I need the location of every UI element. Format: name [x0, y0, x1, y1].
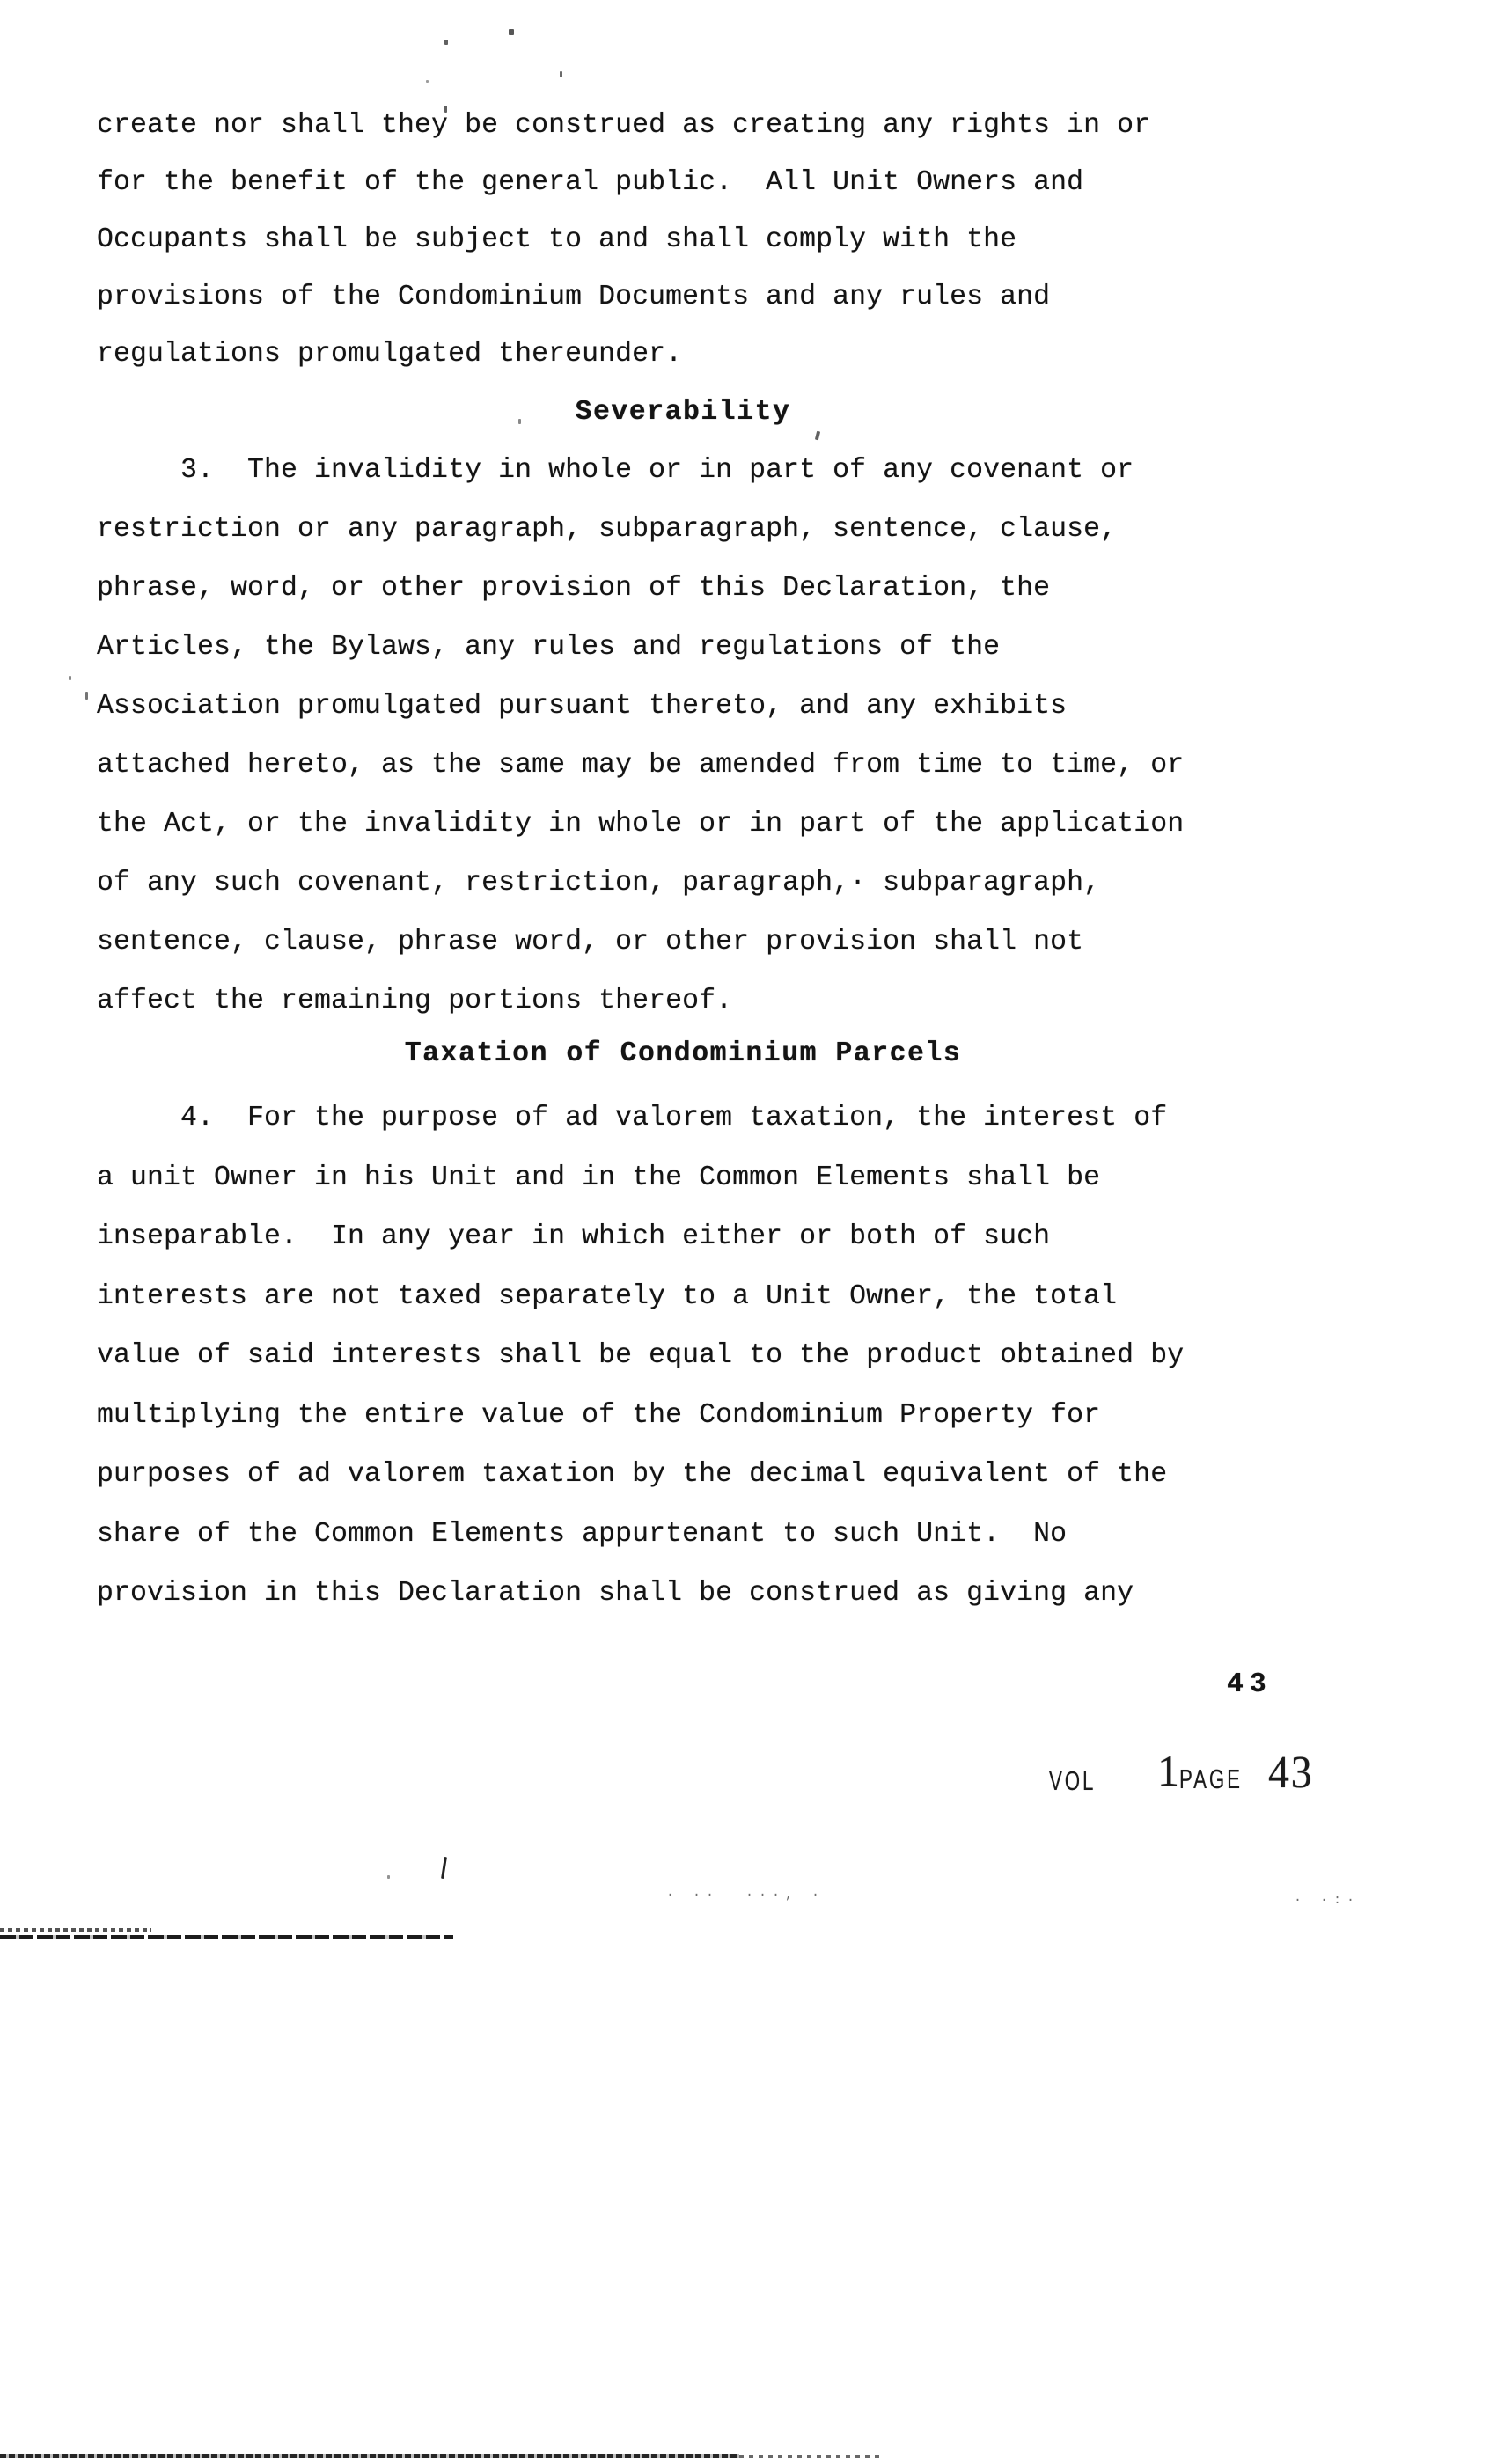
text-line: Occupants shall be subject to and shall …: [97, 211, 1311, 268]
text-line: 3. The invalidity in whole or in part of…: [97, 441, 1311, 500]
text-line: phrase, word, or other provision of this…: [97, 559, 1311, 618]
text-line: for the benefit of the general public. A…: [97, 154, 1311, 211]
scan-speck: [426, 80, 429, 83]
text-line: sentence, clause, phrase word, or other …: [97, 913, 1311, 972]
scan-speck: [560, 71, 562, 77]
text-line: a unit Owner in his Unit and in the Comm…: [97, 1148, 1311, 1208]
text-line: multiplying the entire value of the Cond…: [97, 1386, 1311, 1446]
text-line: value of said interests shall be equal t…: [97, 1326, 1311, 1386]
severability-paragraph: 3. The invalidity in whole or in part of…: [97, 441, 1311, 1030]
recorder-stamp: VOL 1 PAGE 43: [1043, 1747, 1360, 1813]
text-line: provisions of the Condominium Documents …: [97, 268, 1311, 326]
scan-dashed-line: [0, 2454, 739, 2458]
scan-dashed-line: [739, 2455, 880, 2458]
taxation-paragraph: 4. For the purpose of ad valorem taxatio…: [97, 1089, 1311, 1624]
text-line: create nor shall they be construed as cr…: [97, 97, 1311, 154]
scan-dots: · ·:·: [1294, 1894, 1360, 1907]
vol-number: 1: [1157, 1749, 1179, 1793]
text-line: affect the remaining portions thereof.: [97, 972, 1311, 1030]
scan-speck: [387, 1875, 390, 1879]
severability-heading: Severability: [97, 395, 1269, 430]
text-line: 4. For the purpose of ad valorem taxatio…: [97, 1089, 1311, 1148]
text-line: regulations promulgated thereunder.: [97, 326, 1311, 383]
stamp-page-number: 43: [1268, 1750, 1314, 1796]
taxation-heading: Taxation of Condominium Parcels: [97, 1037, 1269, 1072]
text-line: provision in this Declaration shall be c…: [97, 1564, 1311, 1624]
text-line: attached hereto, as the same may be amen…: [97, 736, 1311, 795]
typed-page-number: 43: [1227, 1671, 1273, 1699]
page-label: PAGE: [1179, 1765, 1243, 1793]
intro-paragraph: create nor shall they be construed as cr…: [97, 97, 1311, 383]
scan-dots: · ·· ···, ·: [666, 1888, 825, 1902]
text-line: purposes of ad valorem taxation by the d…: [97, 1445, 1311, 1505]
scan-speck: [815, 431, 820, 441]
scan-speck: [518, 419, 521, 424]
scan-speck: [85, 692, 88, 700]
text-line: interests are not taxed separately to a …: [97, 1267, 1311, 1327]
text-line: Articles, the Bylaws, any rules and regu…: [97, 618, 1311, 677]
text-line: of any such covenant, restriction, parag…: [97, 854, 1311, 913]
scanned-document-page: create nor shall they be construed as cr…: [0, 0, 1497, 2464]
text-line: the Act, or the invalidity in whole or i…: [97, 795, 1311, 854]
scan-speck: [444, 40, 448, 45]
scan-dashed-line: [0, 1928, 151, 1932]
text-line: share of the Common Elements appurtenant…: [97, 1505, 1311, 1565]
text-line: inseparable. In any year in which either…: [97, 1207, 1311, 1267]
text-line: Association promulgated pursuant thereto…: [97, 677, 1311, 736]
scan-speck: [509, 29, 514, 35]
scan-tick-mark: [441, 1857, 447, 1879]
scan-dashed-line: [0, 1935, 453, 1939]
text-line: restriction or any paragraph, subparagra…: [97, 500, 1311, 559]
scan-speck: [69, 676, 71, 680]
scan-speck: [444, 106, 447, 113]
vol-label: VOL: [1049, 1767, 1096, 1794]
